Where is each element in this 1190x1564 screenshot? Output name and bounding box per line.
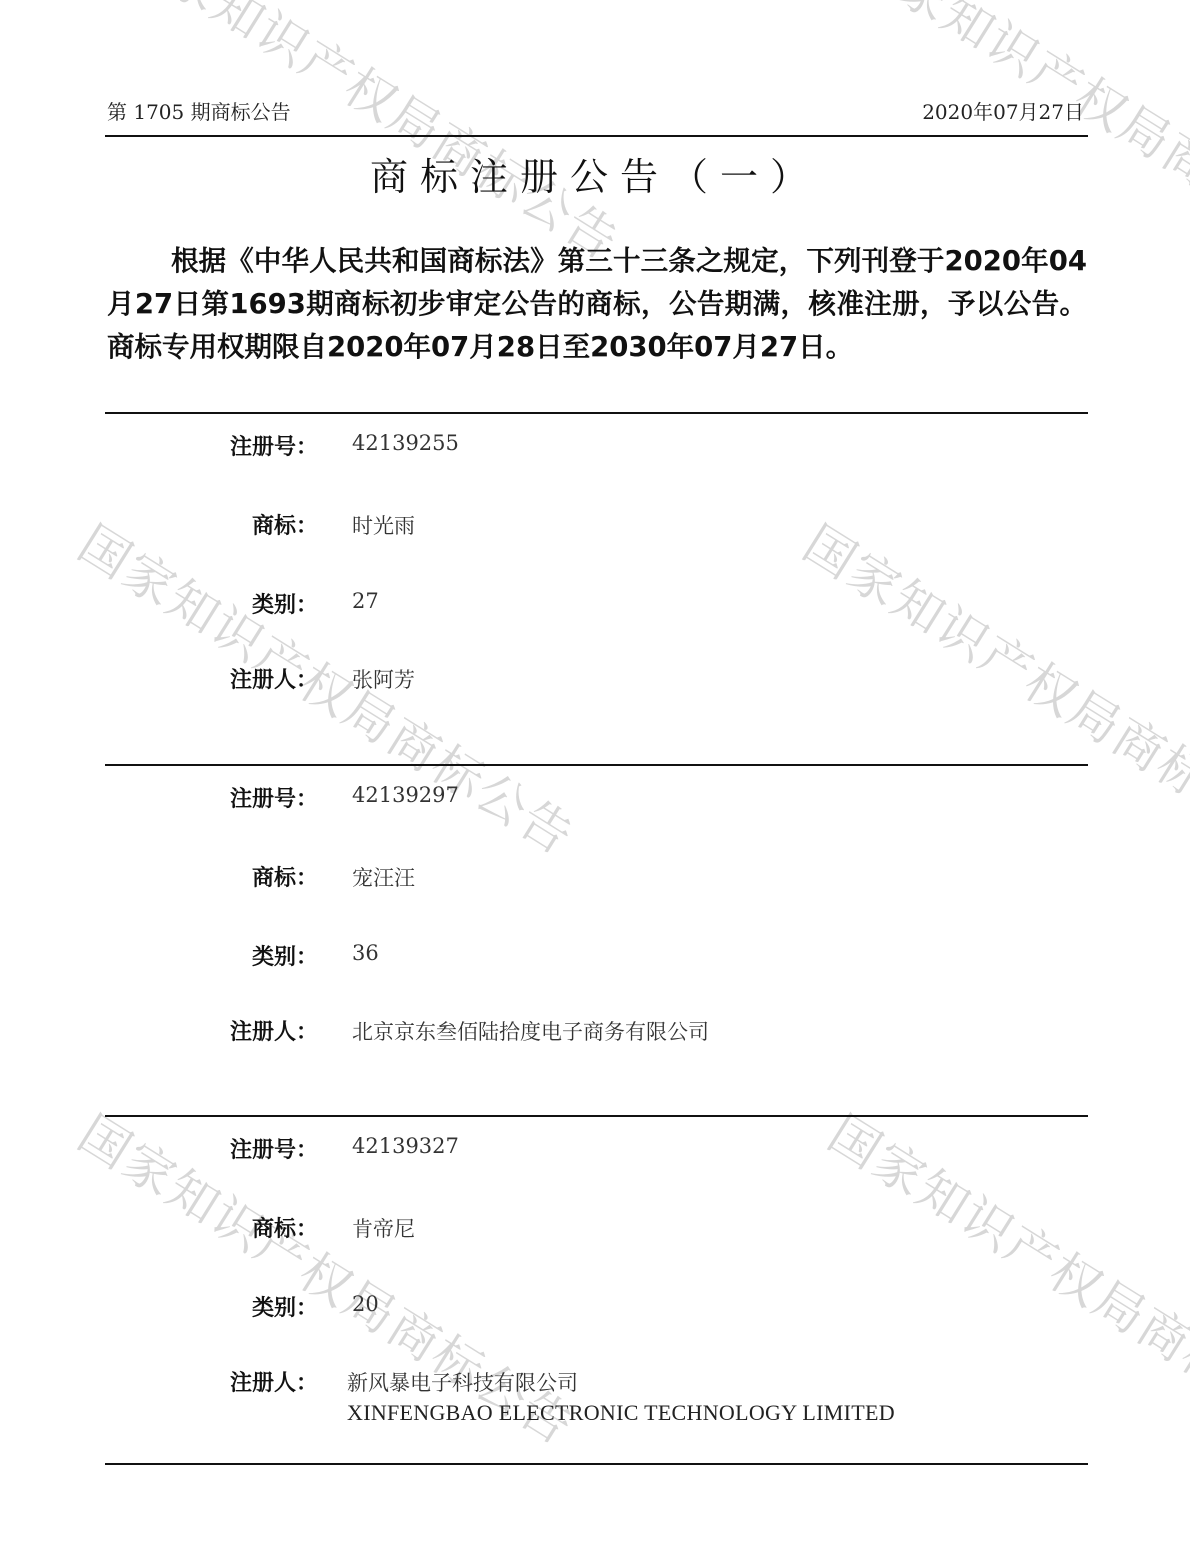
page-title: 商标注册公告（一） bbox=[0, 146, 1190, 201]
class-label: 类别： bbox=[252, 940, 318, 971]
section-divider bbox=[105, 1115, 1088, 1117]
section-divider bbox=[105, 412, 1088, 414]
issue-label: 第 1705 期商标公告 bbox=[107, 96, 291, 125]
registrant-label: 注册人： bbox=[230, 1015, 318, 1046]
mark-value: 宠汪汪 bbox=[352, 862, 415, 892]
class-value: 20 bbox=[352, 1292, 379, 1316]
class-field: 类别： 27 bbox=[0, 588, 1190, 620]
header-divider bbox=[105, 135, 1088, 137]
registrant-field: 注册人： 新风暴电子科技有限公司 XINFENGBAO ELECTRONIC T… bbox=[0, 1366, 1190, 1398]
reg-no-field: 注册号： 42139327 bbox=[0, 1133, 1190, 1165]
issue-date: 2020年07月27日 bbox=[922, 96, 1084, 125]
mark-field: 商标： 肯帝尼 bbox=[0, 1212, 1190, 1244]
reg-no-label: 注册号： bbox=[230, 782, 318, 813]
class-field: 类别： 20 bbox=[0, 1291, 1190, 1323]
reg-no-field: 注册号： 42139297 bbox=[0, 782, 1190, 814]
reg-no-value: 42139297 bbox=[352, 783, 459, 807]
mark-value: 时光雨 bbox=[352, 510, 415, 540]
registrant-value: 北京京东叁佰陆拾度电子商务有限公司 bbox=[352, 1016, 709, 1046]
reg-no-label: 注册号： bbox=[230, 430, 318, 461]
class-value: 36 bbox=[352, 941, 379, 965]
registrant-value: 张阿芳 bbox=[352, 664, 415, 694]
class-label: 类别： bbox=[252, 1291, 318, 1322]
registrant-value-english: XINFENGBAO ELECTRONIC TECHNOLOGY LIMITED bbox=[347, 1400, 895, 1426]
mark-label: 商标： bbox=[252, 509, 318, 540]
registrant-label: 注册人： bbox=[230, 1366, 318, 1397]
mark-field: 商标： 宠汪汪 bbox=[0, 861, 1190, 893]
reg-no-field: 注册号： 42139255 bbox=[0, 430, 1190, 462]
reg-no-label: 注册号： bbox=[230, 1133, 318, 1164]
registrant-field: 注册人： 张阿芳 bbox=[0, 663, 1190, 695]
class-field: 类别： 36 bbox=[0, 940, 1190, 972]
registrant-field: 注册人： 北京京东叁佰陆拾度电子商务有限公司 bbox=[0, 1015, 1190, 1047]
section-divider bbox=[105, 764, 1088, 766]
document-page: 第 1705 期商标公告 2020年07月27日 商标注册公告（一） 根据《中华… bbox=[0, 0, 1190, 1564]
reg-no-value: 42139255 bbox=[352, 431, 459, 455]
registrant-value: 新风暴电子科技有限公司 bbox=[347, 1367, 578, 1397]
footer-divider bbox=[105, 1463, 1088, 1465]
mark-field: 商标： 时光雨 bbox=[0, 509, 1190, 541]
mark-label: 商标： bbox=[252, 1212, 318, 1243]
registrant-label: 注册人： bbox=[230, 663, 318, 694]
intro-paragraph: 根据《中华人民共和国商标法》第三十三条之规定，下列刊登于2020年04月27日第… bbox=[107, 240, 1087, 369]
mark-label: 商标： bbox=[252, 861, 318, 892]
class-label: 类别： bbox=[252, 588, 318, 619]
class-value: 27 bbox=[352, 589, 379, 613]
mark-value: 肯帝尼 bbox=[352, 1213, 415, 1243]
reg-no-value: 42139327 bbox=[352, 1134, 459, 1158]
